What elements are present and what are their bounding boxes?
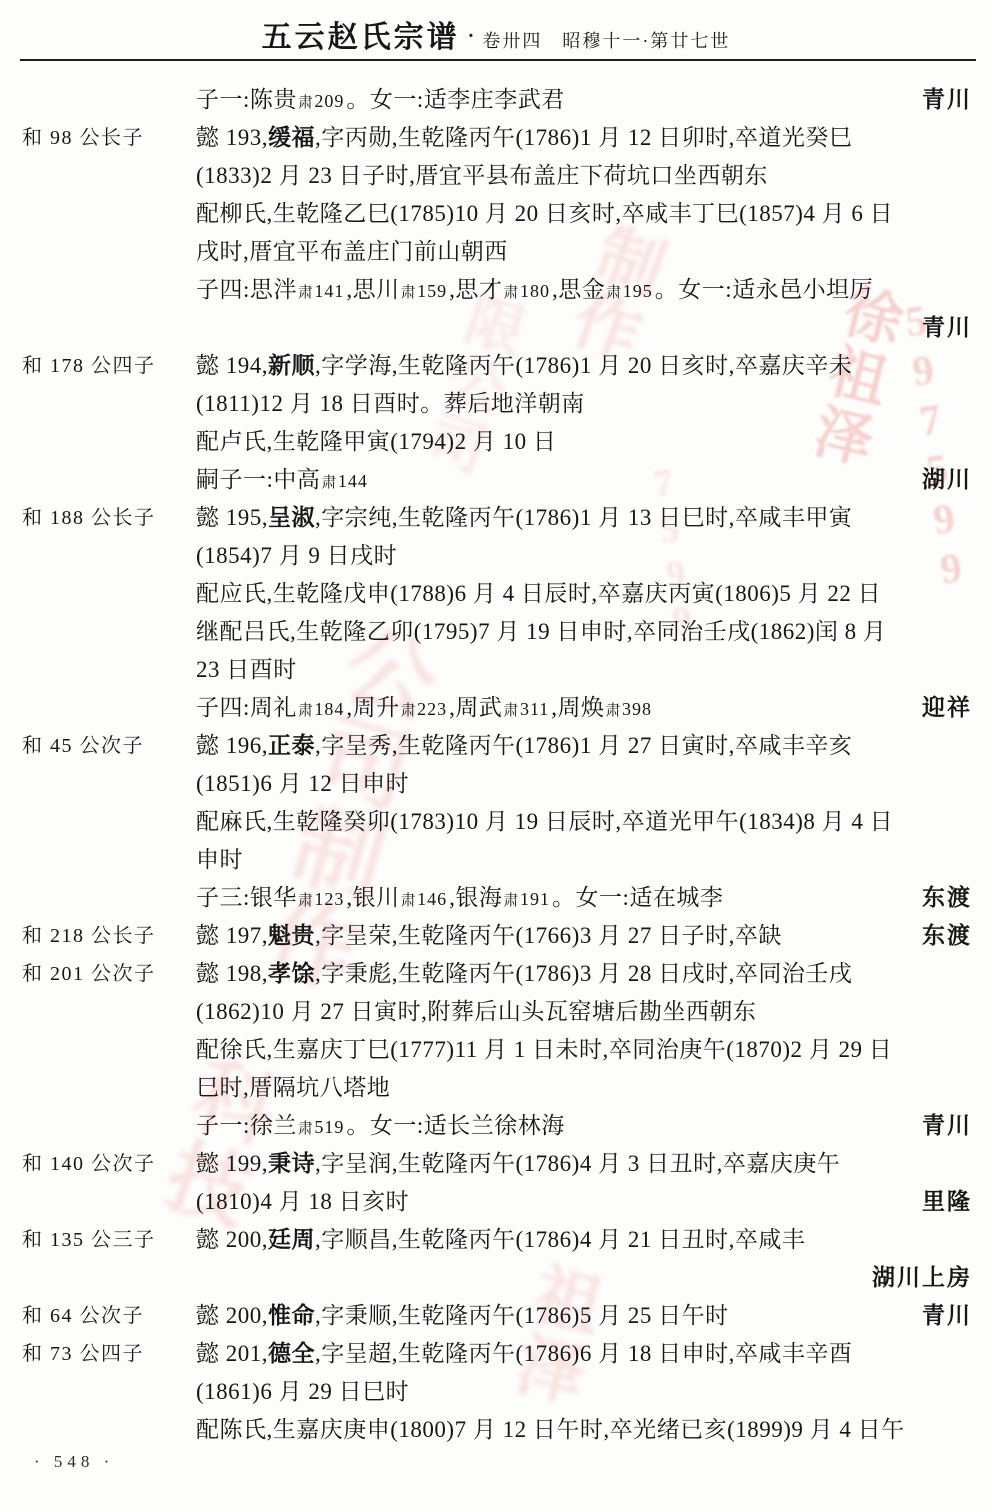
rank-char: 肃 [503, 893, 519, 909]
lineage-label: 和 178 公四子 [22, 347, 156, 385]
entry-segment: 懿 199, [196, 1151, 268, 1176]
entry-segment: ,思金 [552, 277, 605, 302]
entry-segment: 懿 195, [196, 505, 268, 530]
entry-segment: 子四:思泮 [196, 277, 297, 302]
entry-segment: 懿 201, [196, 1341, 268, 1366]
entry-segment: 子三:银华 [196, 885, 297, 910]
place-label: 东渡 [922, 879, 972, 917]
entry-segment: (1861)6 月 29 日巳时 [196, 1379, 409, 1404]
entry-text: (1862)10 月 27 日寅时,附葬后山头瓦窑塘后勘坐西朝东 [196, 993, 992, 1031]
entry-segment: ,字呈秀,生乾隆丙午(1786)1 月 27 日寅时,卒咸丰辛亥 [315, 733, 852, 758]
entry-text: (1833)2 月 23 日子时,厝宜平县布盖庄下荷坑口坐西朝东 [196, 157, 992, 195]
entry-row: (1862)10 月 27 日寅时,附葬后山头瓦窑塘后勘坐西朝东 [0, 993, 992, 1031]
person-name: 惟命 [268, 1303, 315, 1328]
entry-segment: ,银川 [346, 885, 399, 910]
entry-segment: 懿 197, [196, 923, 268, 948]
entry-segment: ,字秉顺,生乾隆丙午(1786)5 月 25 日午时 [315, 1303, 729, 1328]
person-name: 呈淑 [268, 505, 315, 530]
entry-segment: ,字呈超,生乾隆丙午(1786)6 月 18 日申时,卒咸丰辛酉 [315, 1341, 852, 1366]
entry-row: 巳时,厝隔坑八塔地 [0, 1069, 992, 1107]
entry-text: 子一:徐兰肃519。女一:适长兰徐林海 [196, 1107, 992, 1148]
rank-number: 398 [622, 699, 652, 719]
place-label: 里隆 [922, 1183, 972, 1221]
entry-row: 和 178 公四子懿 194,新顺,字学海,生乾隆丙午(1786)1 月 20 … [0, 347, 992, 385]
entry-row: (1833)2 月 23 日子时,厝宜平县布盖庄下荷坑口坐西朝东 [0, 157, 992, 195]
entry-segment: 巳时,厝隔坑八塔地 [196, 1075, 390, 1100]
entry-segment: (1854)7 月 9 日戌时 [196, 543, 397, 568]
entry-text: (1811)12 月 18 日酉时。葬后地洋朝南 [196, 385, 992, 423]
entry-row: 和 201 公次子懿 198,孝馀,字秉彪,生乾隆丙午(1786)3 月 28 … [0, 955, 992, 993]
rank-char: 肃 [606, 703, 622, 719]
rank-number: 141 [314, 281, 344, 301]
lineage-label: 和 201 公次子 [22, 955, 156, 993]
book-title: 五云赵氏宗谱 [262, 21, 460, 54]
entry-segment: 配徐氏,生嘉庆丁巳(1777)11 月 1 日未时,卒同治庚午(1870)2 月… [196, 1037, 892, 1062]
entry-text: 懿 196,正泰,字呈秀,生乾隆丙午(1786)1 月 27 日寅时,卒咸丰辛亥 [196, 727, 992, 765]
entry-segment: (1833)2 月 23 日子时,厝宜平县布盖庄下荷坑口坐西朝东 [196, 163, 768, 188]
entry-row: 子四:周礼肃184,周升肃223,周武肃311,周焕肃398迎祥 [0, 689, 992, 727]
lineage-label: 和 135 公三子 [22, 1221, 156, 1259]
rank-number: 223 [417, 699, 447, 719]
entry-segment: 。女一:适李庄李武君 [346, 87, 564, 112]
entry-segment: 。女一:适永邑小坦厉 [655, 277, 873, 302]
entry-segment: ,周武 [449, 695, 502, 720]
entry-segment: 配陈氏,生嘉庆庚申(1800)7 月 12 日午时,卒光绪已亥(1899)9 月… [196, 1417, 905, 1442]
entry-text: 懿 193,缓福,字丙勋,生乾隆丙午(1786)1 月 12 日卯时,卒道光癸巳 [196, 119, 992, 157]
entry-text: 懿 194,新顺,字学海,生乾隆丙午(1786)1 月 20 日亥时,卒嘉庆辛未 [196, 347, 992, 385]
entry-segment: ,字秉彪,生乾隆丙午(1786)3 月 28 日戌时,卒同治壬戌 [315, 961, 852, 986]
genealogy-entries: 子一:陈贵肃209。女一:适李庄李武君青川和 98 公长子懿 193,缓福,字丙… [0, 81, 992, 1449]
person-name: 廷周 [268, 1227, 315, 1252]
rank-char: 肃 [298, 893, 314, 909]
rank-number: 311 [520, 699, 549, 719]
entry-segment: (1810)4 月 18 日亥时 [196, 1189, 409, 1214]
rank-char: 肃 [298, 1121, 314, 1137]
rank-number: 159 [417, 281, 447, 301]
page-footer: · 548 · [34, 1452, 114, 1472]
entry-segment: 申时 [196, 847, 243, 872]
entry-text: 懿 199,秉诗,字呈润,生乾隆丙午(1786)4 月 3 日丑时,卒嘉庆庚午 [196, 1145, 992, 1183]
entry-text: 配陈氏,生嘉庆庚申(1800)7 月 12 日午时,卒光绪已亥(1899)9 月… [196, 1411, 992, 1449]
rank-number: 195 [623, 281, 653, 301]
person-name: 魁贵 [268, 923, 315, 948]
rank-number: 146 [417, 889, 447, 909]
entry-row: 申时 [0, 841, 992, 879]
entry-text: 子四:周礼肃184,周升肃223,周武肃311,周焕肃398 [196, 689, 992, 730]
place-label: 东渡 [922, 917, 972, 955]
entry-segment: 戌时,厝宜平布盖庄门前山朝西 [196, 239, 508, 264]
entry-segment: 懿 194, [196, 353, 268, 378]
entry-row: 和 64 公次子懿 200,惟命,字秉顺,生乾隆丙午(1786)5 月 25 日… [0, 1297, 992, 1335]
entry-row: 子四:思泮肃141,思川肃159,思才肃180,思金肃195。女一:适永邑小坦厉 [0, 271, 992, 309]
genealogy-page: 限公司制作徐祖泽5975997599公司制作科技祖泽 五云赵氏宗谱·卷卅四 昭穆… [0, 0, 992, 1512]
entry-segment: 配卢氏,生乾隆甲寅(1794)2 月 10 日 [196, 429, 556, 454]
entry-segment: 嗣子一:中高 [196, 467, 320, 492]
entry-segment: ,字丙勋,生乾隆丙午(1786)1 月 12 日卯时,卒道光癸巳 [315, 125, 852, 150]
rank-number: 180 [520, 281, 550, 301]
rank-char: 肃 [321, 475, 337, 491]
entry-segment: (1851)6 月 12 日申时 [196, 771, 409, 796]
place-label: 湖川上房 [872, 1259, 972, 1297]
entry-segment: ,字学海,生乾隆丙午(1786)1 月 20 日亥时,卒嘉庆辛未 [315, 353, 852, 378]
entry-segment: 懿 200, [196, 1303, 268, 1328]
entry-row: 子一:陈贵肃209。女一:适李庄李武君青川 [0, 81, 992, 119]
entry-text: 配柳氏,生乾隆乙巳(1785)10 月 20 日亥时,卒咸丰丁巳(1857)4 … [196, 195, 992, 233]
entry-text: 配卢氏,生乾隆甲寅(1794)2 月 10 日 [196, 423, 992, 461]
entry-text: 懿 197,魁贵,字呈荣,生乾隆丙午(1766)3 月 27 日子时,卒缺 [196, 917, 992, 955]
entry-segment: 子一:徐兰 [196, 1113, 297, 1138]
entry-segment: 懿 196, [196, 733, 268, 758]
page-number: · 548 · [34, 1452, 114, 1471]
entry-row: 23 日酉时 [0, 651, 992, 689]
entry-segment: ,字顺昌,生乾隆丙午(1786)4 月 21 日丑时,卒咸丰 [315, 1227, 805, 1252]
entry-row: 和 98 公长子懿 193,缓福,字丙勋,生乾隆丙午(1786)1 月 12 日… [0, 119, 992, 157]
lineage-label: 和 188 公长子 [22, 499, 156, 537]
rank-char: 肃 [401, 703, 417, 719]
entry-text: 23 日酉时 [196, 651, 992, 689]
rank-char: 肃 [503, 285, 519, 301]
rank-char: 肃 [401, 893, 417, 909]
entry-text: 申时 [196, 841, 992, 879]
entry-row: 和 135 公三子懿 200,廷周,字顺昌,生乾隆丙午(1786)4 月 21 … [0, 1221, 992, 1259]
entry-text: 戌时,厝宜平布盖庄门前山朝西 [196, 233, 992, 271]
entry-segment: 子四:周礼 [196, 695, 297, 720]
rank-char: 肃 [298, 95, 314, 111]
entry-row: 配应氏,生乾隆戊申(1788)6 月 4 日辰时,卒嘉庆丙寅(1806)5 月 … [0, 575, 992, 613]
entry-row: 湖川上房 [0, 1259, 992, 1297]
entry-row: 戌时,厝宜平布盖庄门前山朝西 [0, 233, 992, 271]
entry-row: 和 73 公四子懿 201,德全,字呈超,生乾隆丙午(1786)6 月 18 日… [0, 1335, 992, 1373]
entry-segment: 配应氏,生乾隆戊申(1788)6 月 4 日辰时,卒嘉庆丙寅(1806)5 月 … [196, 581, 881, 606]
entry-text: 子四:思泮肃141,思川肃159,思才肃180,思金肃195。女一:适永邑小坦厉 [196, 271, 992, 312]
entry-row: 和 45 公次子懿 196,正泰,字呈秀,生乾隆丙午(1786)1 月 27 日… [0, 727, 992, 765]
entry-row: 配陈氏,生嘉庆庚申(1800)7 月 12 日午时,卒光绪已亥(1899)9 月… [0, 1411, 992, 1449]
entry-text: 子三:银华肃123,银川肃146,银海肃191。女一:适在城李 [196, 879, 992, 920]
page-header: 五云赵氏宗谱·卷卅四 昭穆十一·第廿七世 [0, 12, 992, 56]
rank-number: 123 [314, 889, 344, 909]
entry-segment: ,字宗纯,生乾隆丙午(1786)1 月 13 日巳时,卒咸丰甲寅 [315, 505, 852, 530]
lineage-label: 和 98 公长子 [22, 119, 144, 157]
entry-text: 懿 201,德全,字呈超,生乾隆丙午(1786)6 月 18 日申时,卒咸丰辛酉 [196, 1335, 992, 1373]
place-label: 青川 [922, 1297, 972, 1335]
rank-char: 肃 [503, 703, 519, 719]
entry-segment: ,周升 [346, 695, 399, 720]
entry-text: 懿 198,孝馀,字秉彪,生乾隆丙午(1786)3 月 28 日戌时,卒同治壬戌 [196, 955, 992, 993]
entry-row: 嗣子一:中高肃144湖川 [0, 461, 992, 499]
entry-text: 继配吕氏,生乾隆乙卯(1795)7 月 19 日申时,卒同治壬戌(1862)闰 … [196, 613, 992, 651]
rank-number: 519 [314, 1117, 344, 1137]
rank-char: 肃 [606, 285, 622, 301]
place-label: 湖川 [922, 461, 972, 499]
entry-text: 懿 200,廷周,字顺昌,生乾隆丙午(1786)4 月 21 日丑时,卒咸丰 [196, 1221, 992, 1259]
entry-row: 继配吕氏,生乾隆乙卯(1795)7 月 19 日申时,卒同治壬戌(1862)闰 … [0, 613, 992, 651]
place-label: 迎祥 [922, 689, 972, 727]
lineage-label: 和 73 公四子 [22, 1335, 144, 1373]
entry-segment: ,思川 [346, 277, 399, 302]
entry-segment: (1811)12 月 18 日酉时。葬后地洋朝南 [196, 391, 585, 416]
entry-row: 配麻氏,生乾隆癸卯(1783)10 月 19 日辰时,卒道光甲午(1834)8 … [0, 803, 992, 841]
entry-text: 子一:陈贵肃209。女一:适李庄李武君 [196, 81, 992, 122]
place-label: 青川 [922, 81, 972, 119]
entry-text: 懿 195,呈淑,字宗纯,生乾隆丙午(1786)1 月 13 日巳时,卒咸丰甲寅 [196, 499, 992, 537]
entry-segment: 继配吕氏,生乾隆乙卯(1795)7 月 19 日申时,卒同治壬戌(1862)闰 … [196, 619, 886, 644]
entry-row: 和 188 公长子懿 195,呈淑,字宗纯,生乾隆丙午(1786)1 月 13 … [0, 499, 992, 537]
entry-segment: 配麻氏,生乾隆癸卯(1783)10 月 19 日辰时,卒道光甲午(1834)8 … [196, 809, 893, 834]
person-name: 孝馀 [268, 961, 315, 986]
entry-segment: 。女一:适长兰徐林海 [346, 1113, 564, 1138]
entry-row: (1851)6 月 12 日申时 [0, 765, 992, 803]
rank-char: 肃 [298, 285, 314, 301]
entry-text: 配徐氏,生嘉庆丁巳(1777)11 月 1 日未时,卒同治庚午(1870)2 月… [196, 1031, 992, 1069]
lineage-label: 和 64 公次子 [22, 1297, 144, 1335]
rank-number: 144 [338, 471, 368, 491]
entry-row: (1810)4 月 18 日亥时里隆 [0, 1183, 992, 1221]
lineage-label: 和 140 公次子 [22, 1145, 156, 1183]
entry-segment: 子一:陈贵 [196, 87, 297, 112]
entry-row: (1861)6 月 29 日巳时 [0, 1373, 992, 1411]
person-name: 秉诗 [268, 1151, 315, 1176]
entry-row: 子一:徐兰肃519。女一:适长兰徐林海青川 [0, 1107, 992, 1145]
volume-generation-subtitle: 卷卅四 昭穆十一·第廿七世 [482, 31, 730, 51]
entry-segment: (1862)10 月 27 日寅时,附葬后山头瓦窑塘后勘坐西朝东 [196, 999, 756, 1024]
entry-row: 配卢氏,生乾隆甲寅(1794)2 月 10 日 [0, 423, 992, 461]
place-label: 青川 [922, 309, 972, 347]
entry-segment: ,思才 [449, 277, 502, 302]
person-name: 德全 [268, 1341, 315, 1366]
entry-segment: ,银海 [449, 885, 502, 910]
entry-text: 懿 200,惟命,字秉顺,生乾隆丙午(1786)5 月 25 日午时 [196, 1297, 992, 1335]
rank-number: 209 [314, 91, 344, 111]
entry-segment: ,字呈荣,生乾隆丙午(1766)3 月 27 日子时,卒缺 [315, 923, 782, 948]
entry-row: (1811)12 月 18 日酉时。葬后地洋朝南 [0, 385, 992, 423]
entry-row: (1854)7 月 9 日戌时 [0, 537, 992, 575]
entry-row: 青川 [0, 309, 992, 347]
entry-segment: 配柳氏,生乾隆乙巳(1785)10 月 20 日亥时,卒咸丰丁巳(1857)4 … [196, 201, 893, 226]
entry-segment: 。女一:适在城李 [552, 885, 723, 910]
person-name: 缓福 [268, 125, 315, 150]
entry-row: 配柳氏,生乾隆乙巳(1785)10 月 20 日亥时,卒咸丰丁巳(1857)4 … [0, 195, 992, 233]
entry-segment: 懿 200, [196, 1227, 268, 1252]
header-rule [20, 59, 976, 61]
entry-text: 巳时,厝隔坑八塔地 [196, 1069, 992, 1107]
entry-text: 配麻氏,生乾隆癸卯(1783)10 月 19 日辰时,卒道光甲午(1834)8 … [196, 803, 992, 841]
lineage-label: 和 45 公次子 [22, 727, 144, 765]
entry-row: 子三:银华肃123,银川肃146,银海肃191。女一:适在城李东渡 [0, 879, 992, 917]
entry-text: (1851)6 月 12 日申时 [196, 765, 992, 803]
entry-segment: 懿 193, [196, 125, 268, 150]
entry-text: 配应氏,生乾隆戊申(1788)6 月 4 日辰时,卒嘉庆丙寅(1806)5 月 … [196, 575, 992, 613]
person-name: 新顺 [268, 353, 315, 378]
rank-number: 184 [314, 699, 344, 719]
rank-number: 191 [520, 889, 550, 909]
entry-segment: 23 日酉时 [196, 657, 297, 682]
entry-segment: 懿 198, [196, 961, 268, 986]
place-label: 青川 [922, 1107, 972, 1145]
entry-text: (1810)4 月 18 日亥时 [196, 1183, 992, 1221]
entry-row: 配徐氏,生嘉庆丁巳(1777)11 月 1 日未时,卒同治庚午(1870)2 月… [0, 1031, 992, 1069]
person-name: 正泰 [268, 733, 315, 758]
entry-segment: ,周焕 [551, 695, 604, 720]
entry-row: 和 218 公长子懿 197,魁贵,字呈荣,生乾隆丙午(1766)3 月 27 … [0, 917, 992, 955]
entry-row: 和 140 公次子懿 199,秉诗,字呈润,生乾隆丙午(1786)4 月 3 日… [0, 1145, 992, 1183]
rank-char: 肃 [401, 285, 417, 301]
entry-text: (1854)7 月 9 日戌时 [196, 537, 992, 575]
entry-text: (1861)6 月 29 日巳时 [196, 1373, 992, 1411]
rank-char: 肃 [298, 703, 314, 719]
title-separator: · [468, 25, 475, 47]
lineage-label: 和 218 公长子 [22, 917, 156, 955]
entry-text: 嗣子一:中高肃144 [196, 461, 992, 502]
entry-segment: ,字呈润,生乾隆丙午(1786)4 月 3 日丑时,卒嘉庆庚午 [315, 1151, 840, 1176]
